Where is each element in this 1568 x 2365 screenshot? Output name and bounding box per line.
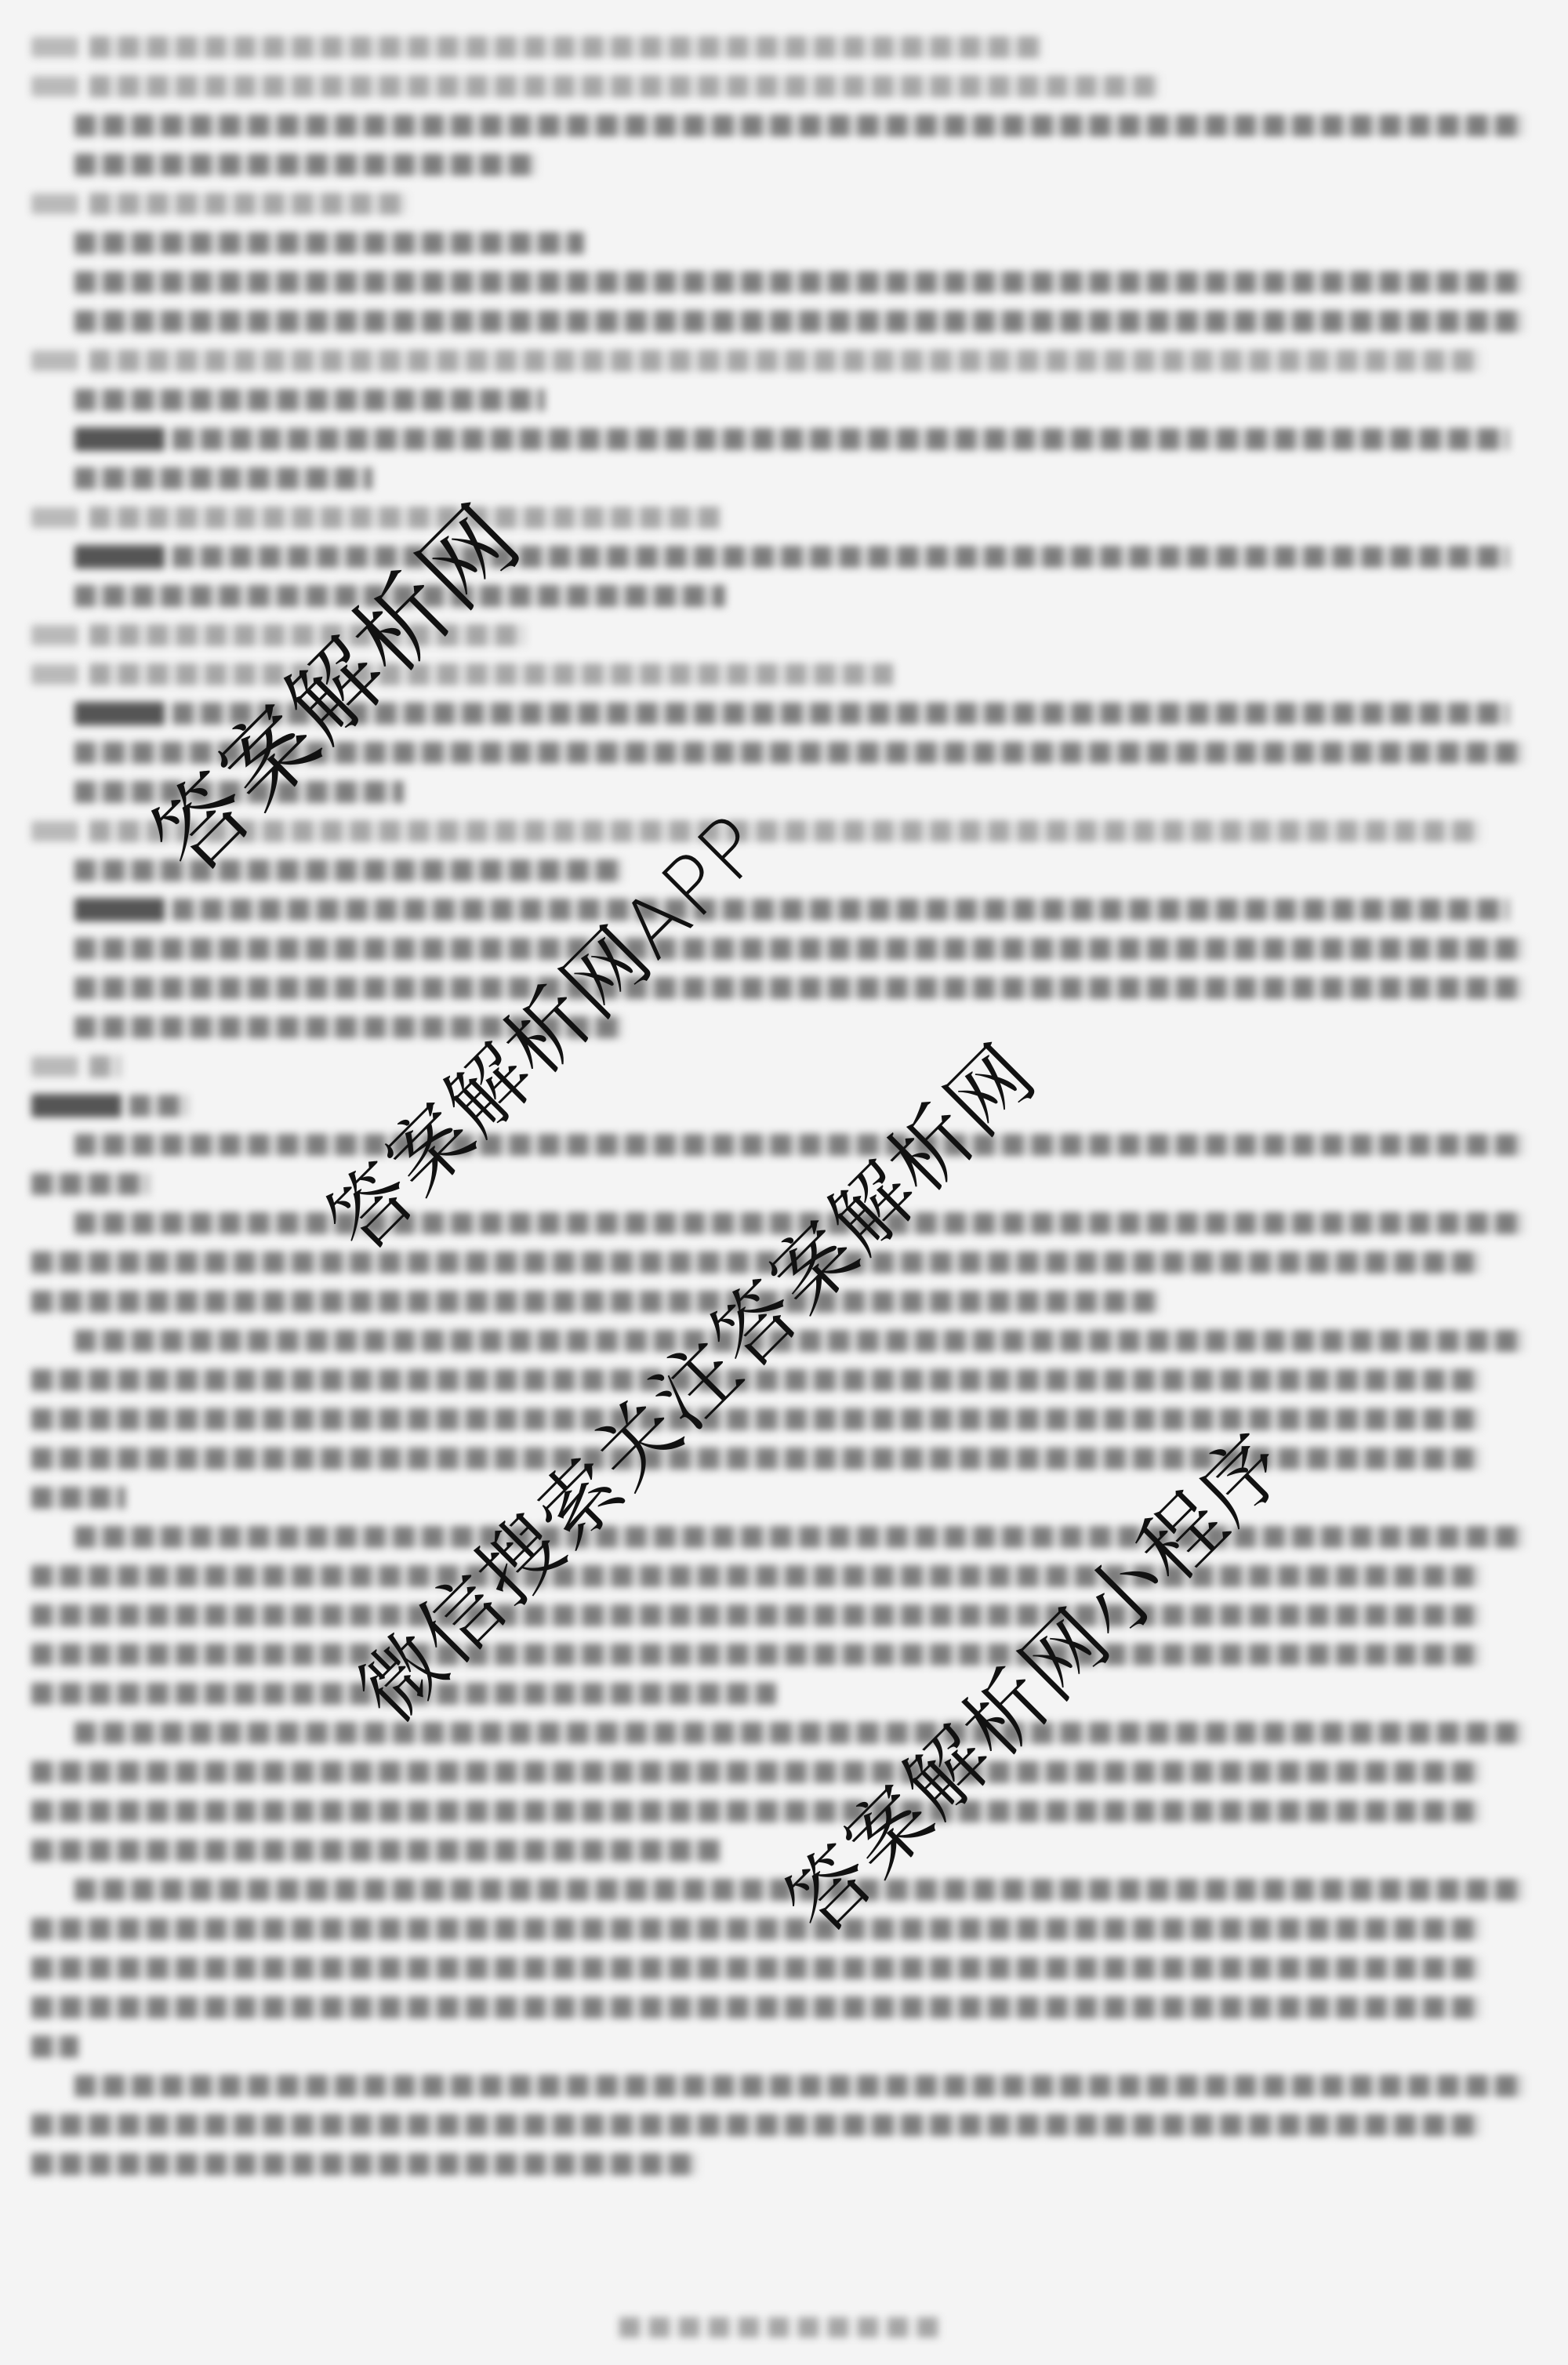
redacted-text (31, 1291, 1160, 1313)
blurred-text-line (31, 349, 1482, 372)
blurred-text-line (31, 1486, 125, 1509)
blurred-text-line (31, 192, 408, 216)
redacted-text (74, 1722, 1525, 1744)
redacted-text (89, 75, 1160, 97)
watermark-4: 答案解析网小程序 (772, 1419, 1300, 1947)
question-number (31, 76, 78, 96)
redacted-text (89, 663, 894, 685)
redacted-text (74, 1134, 1525, 1156)
blurred-text-line (31, 2152, 698, 2176)
blurred-text-line (74, 1133, 1525, 1157)
blurred-text-line (74, 1721, 1525, 1745)
redacted-text (172, 428, 1509, 450)
analysis-tag (74, 702, 165, 725)
redacted-text (89, 193, 408, 215)
blurred-text-line (31, 663, 894, 686)
blurred-text-line (74, 545, 1509, 569)
question-number (31, 625, 78, 645)
redacted-text (31, 1918, 1482, 1940)
blurred-text-line (31, 2035, 78, 2058)
blurred-text-line (31, 1643, 1482, 1666)
blurred-text-line (31, 1839, 721, 1862)
page-footer (619, 2317, 941, 2338)
redacted-text (31, 1644, 1482, 1666)
blurred-text-line (31, 1917, 1482, 1941)
redacted-text (129, 1095, 188, 1117)
question-number (31, 194, 78, 214)
redacted-text (74, 467, 372, 489)
redacted-text (89, 507, 721, 529)
blurred-text-line (31, 1172, 149, 1196)
redacted-text (31, 1487, 125, 1509)
blurred-text-line (74, 1525, 1525, 1549)
question-number (31, 351, 78, 371)
redacted-text (31, 1604, 1482, 1626)
redacted-text (172, 899, 1509, 921)
redacted-text (31, 1173, 149, 1195)
blurred-text-line (74, 388, 545, 412)
redacted-text (31, 1957, 1482, 1979)
redacted-text (74, 232, 584, 254)
redacted-text (89, 350, 1482, 372)
redacted-text (74, 977, 1525, 999)
blurred-text-line (31, 1094, 188, 1117)
redacted-text (74, 859, 623, 881)
blurred-text-line (74, 114, 1525, 137)
redacted-text (31, 2036, 78, 2058)
blurred-text-line (74, 859, 623, 882)
blurred-text-line (74, 2074, 1525, 2098)
redacted-text (74, 389, 545, 411)
analysis-tag (74, 898, 165, 921)
redacted-text (31, 2153, 698, 2175)
blurred-text-line (31, 506, 721, 529)
analysis-tag (31, 1094, 122, 1117)
redacted-text (74, 2075, 1525, 2097)
redacted-text (31, 1800, 1482, 1822)
blurred-text-line (31, 2113, 1482, 2137)
question-number (31, 1056, 78, 1077)
redacted-text (31, 1408, 1482, 1430)
redacted-text (74, 114, 1525, 136)
answer-key-page: 答案解析网 答案解析网APP 微信搜索关注答案解析网 答案解析网小程序 (0, 0, 1568, 2365)
blurred-text-line (31, 1996, 1482, 2019)
blurred-text-line (31, 35, 1043, 59)
redacted-text (74, 154, 537, 176)
redacted-text (31, 2114, 1482, 2136)
redacted-text (31, 1761, 1482, 1783)
blurred-text-line (31, 1055, 121, 1078)
redacted-text (74, 311, 1525, 332)
blurred-text-line (31, 74, 1160, 98)
redacted-text (89, 36, 1043, 58)
blurred-text-line (74, 898, 1509, 921)
blurred-text-line (31, 1956, 1482, 1980)
blurred-text-line (31, 1290, 1160, 1313)
blurred-text-line (31, 1604, 1482, 1627)
question-number (31, 37, 78, 57)
blurred-text-line (74, 467, 372, 490)
redacted-text (31, 1996, 1482, 2018)
redacted-text (74, 271, 1525, 293)
redacted-text (31, 1565, 1482, 1587)
redacted-text (172, 546, 1509, 568)
analysis-tag (74, 545, 165, 569)
blurred-text-line (31, 1760, 1482, 1784)
blurred-text-line (74, 231, 584, 255)
redacted-text (89, 1055, 121, 1077)
blurred-text-line (74, 976, 1525, 1000)
redacted-text (74, 1526, 1525, 1548)
blurred-text-line (74, 271, 1525, 294)
blurred-text-line (74, 427, 1509, 451)
question-number (31, 821, 78, 841)
redacted-text (31, 1840, 721, 1862)
blurred-text-line (31, 1564, 1482, 1588)
blurred-text-line (74, 937, 1525, 961)
redacted-text (74, 938, 1525, 960)
blurred-text-line (74, 310, 1525, 333)
question-number (31, 664, 78, 685)
blurred-text-line (31, 1408, 1482, 1431)
blurred-text-line (31, 1800, 1482, 1823)
question-number (31, 507, 78, 528)
redacted-text (89, 820, 1482, 842)
analysis-tag (74, 427, 165, 451)
blurred-text-line (74, 153, 537, 176)
